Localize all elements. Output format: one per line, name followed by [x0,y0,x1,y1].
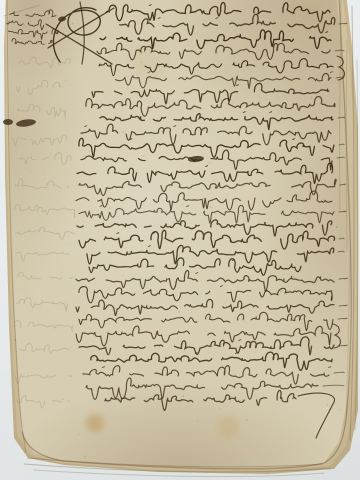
photo-backdrop [0,0,360,480]
manuscript-page [4,0,353,476]
